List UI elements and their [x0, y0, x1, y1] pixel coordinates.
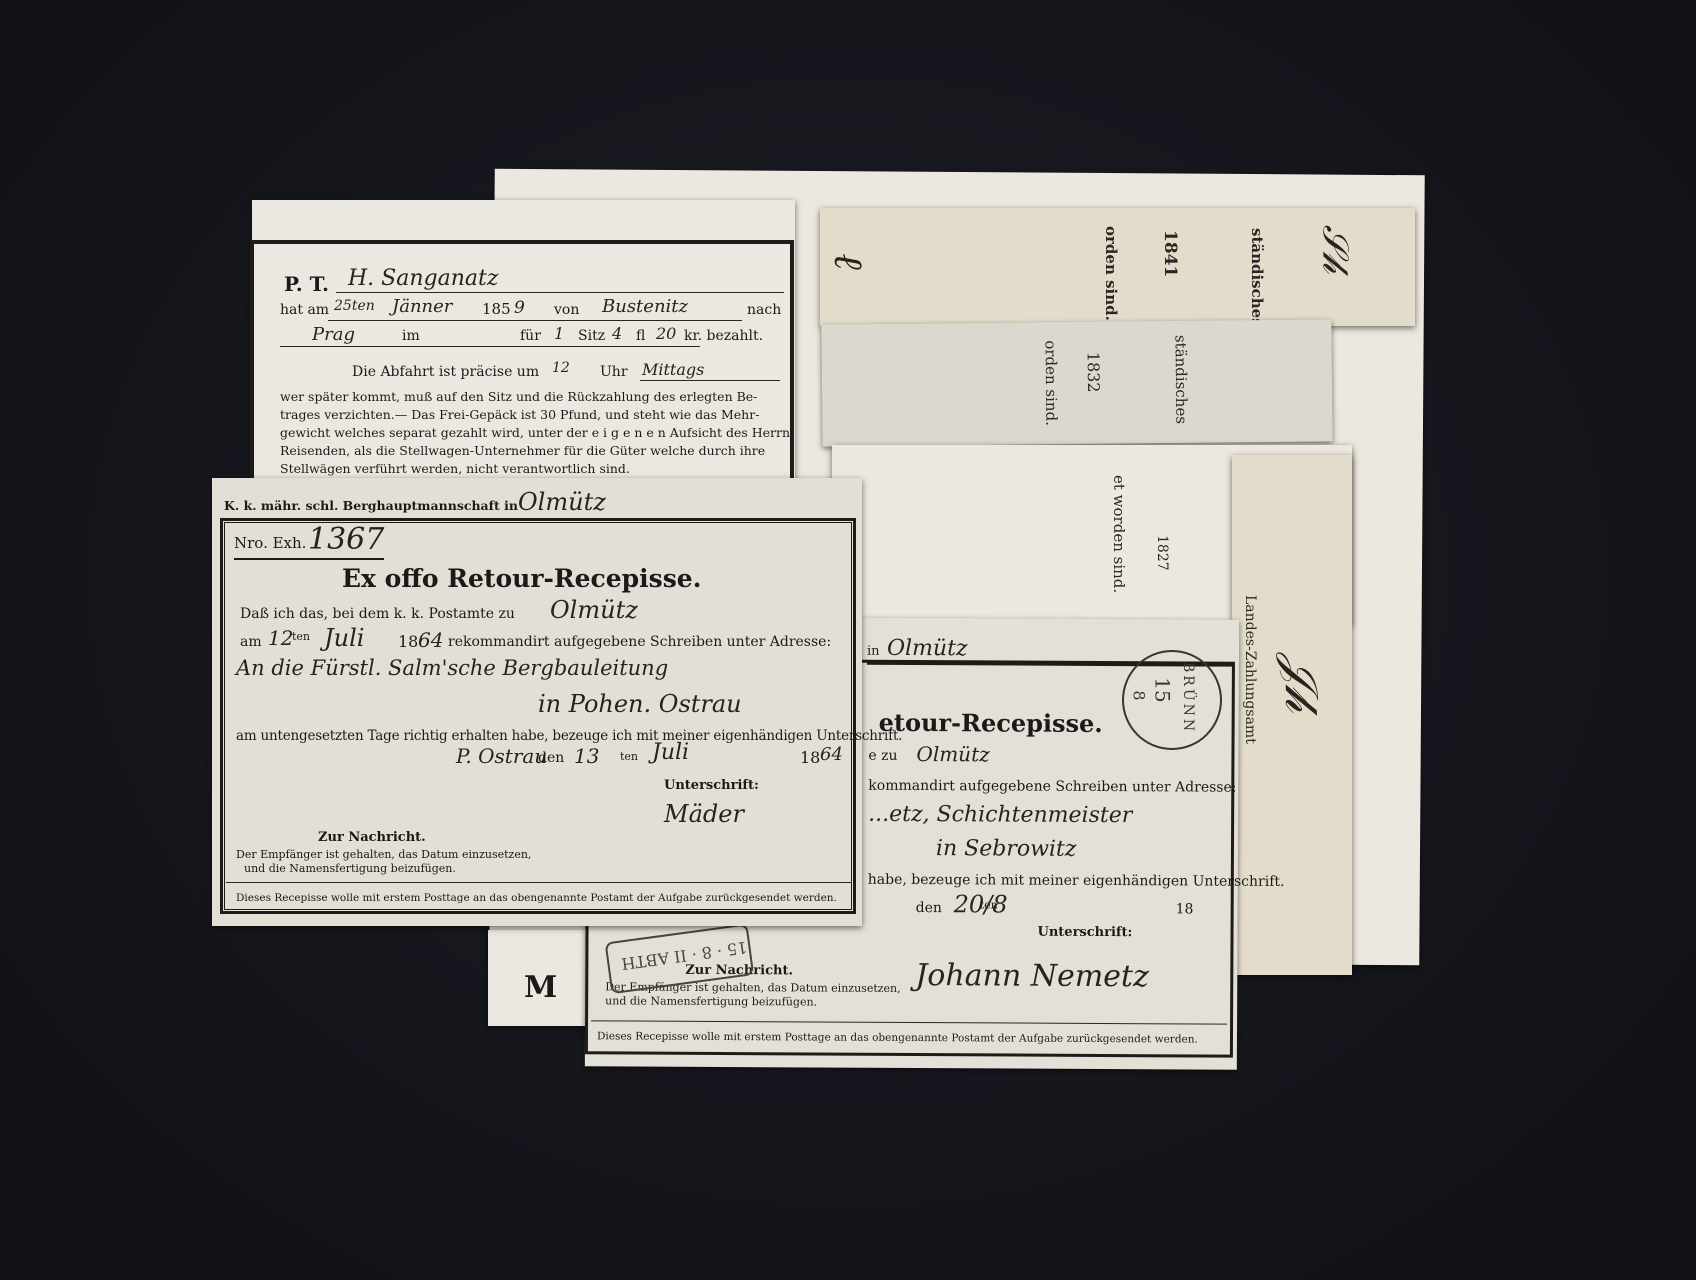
- ticket-salutation: P. T.: [284, 272, 329, 296]
- ticket-to: Prag: [312, 324, 355, 345]
- letter3-year: 1827: [1154, 535, 1170, 571]
- r2-note-line: und die Namensfertigung beizufügen.: [605, 994, 817, 1008]
- r1-authority: K. k. mähr. schl. Berghauptmannschaft in: [224, 498, 518, 513]
- r1-date-year-printed: 18: [800, 748, 820, 767]
- r2-authority-suffix: in: [867, 644, 880, 659]
- r1-note-line: Der Empfänger ist gehalten, das Datum ei…: [236, 848, 531, 861]
- ticket-departure-text: Die Abfahrt ist präcise um: [352, 364, 539, 380]
- retour-recepisse-1: K. k. mähr. schl. Berghauptmannschaft in…: [212, 478, 862, 926]
- r1-number-label: Nro. Exh.: [234, 534, 306, 552]
- ticket-seats: 1: [554, 324, 564, 343]
- name-rule: [336, 292, 784, 293]
- line2-rule: [280, 346, 700, 347]
- r1-address-1: An die Fürstl. Salm'sche Bergbauleitung: [236, 656, 668, 680]
- r2-title: etour-Recepisse.: [879, 708, 1103, 738]
- terms-line: Stellwägen verführt werden, nicht verant…: [280, 460, 790, 478]
- r1-den-label: den: [538, 750, 564, 766]
- r2-line3: habe, bezeuge ich mit meiner eigenhändig…: [868, 872, 1285, 890]
- box-postmark-text: 15 · 8 · II ABTH: [620, 938, 748, 974]
- letter3-side-text2: Landes-Zahlungsamt: [1242, 595, 1258, 744]
- ticket-from: Bustenitz: [602, 296, 688, 317]
- ticket-day: 25ten: [334, 298, 375, 314]
- r1-line2-month: Juli: [324, 624, 364, 652]
- letter3-text: et worden sind.: [1110, 475, 1128, 593]
- right-strip-handwriting: 𝒥𝒽: [1273, 654, 1329, 712]
- r1-note-line: und die Namensfertigung beizufügen.: [244, 862, 456, 875]
- terms-line: Reisenden, als die Stellwagen-Unternehme…: [280, 442, 790, 460]
- r1-footer: Dieses Recepisse wolle mit erstem Postta…: [236, 892, 837, 904]
- ticket-in-label: im: [402, 328, 420, 344]
- terms-line: gewicht welches separat gezahlt wird, un…: [280, 424, 790, 442]
- r1-line2-day-suffix: ten: [292, 630, 310, 643]
- r2-address-1: ...etz, Schichtenmeister: [868, 802, 1132, 828]
- r1-note-heading: Zur Nachricht.: [318, 830, 426, 845]
- folded-letter-1841: orden sind. 1841 ständisches ℓ 𝒮𝒽: [820, 208, 1415, 326]
- fragment-letter: M: [524, 970, 557, 1005]
- letter2-text: orden sind.: [1042, 340, 1061, 426]
- ticket-name: H. Sanganatz: [348, 266, 498, 291]
- ticket-florin: 4: [612, 324, 622, 343]
- r2-line2: kommandirt aufgegebene Schreiben unter A…: [868, 778, 1236, 796]
- ticket-for-label: für: [520, 328, 541, 344]
- r1-date-suffix: ten: [620, 750, 638, 763]
- r1-date-day: 13: [574, 744, 599, 768]
- r1-title: Ex offo Retour-Recepisse.: [342, 564, 701, 593]
- ticket-departure-time: Mittags: [642, 360, 704, 379]
- terms-line: wer später kommt, muß auf den Sitz und d…: [280, 388, 790, 406]
- terms-line: trages verzichten.— Das Frei-Gepäck ist …: [280, 406, 790, 424]
- r1-line1: Daß ich das, bei dem k. k. Postamte zu: [240, 606, 515, 622]
- r1-signature: Mäder: [664, 800, 744, 828]
- stagecoach-ticket: P. T. H. Sanganatz hat am 25ten Jänner 1…: [252, 200, 795, 500]
- r2-address-2: in Sebrowitz: [936, 836, 1077, 862]
- r1-signature-label: Unterschrift:: [664, 778, 759, 793]
- r1-authority-place: Olmütz: [518, 488, 606, 516]
- r1-number: 1367: [308, 522, 384, 557]
- ticket-kreuzer-label: kr. bezahlt.: [684, 328, 763, 344]
- r2-signature-label: Unterschrift:: [1037, 925, 1132, 940]
- ticket-to-label: nach: [747, 302, 781, 318]
- r1-address-2: in Pohen. Ostrau: [538, 690, 742, 718]
- ticket-florin-label: fl: [636, 328, 645, 344]
- ticket-month: Jänner: [392, 296, 452, 317]
- r2-year: 18: [1176, 901, 1194, 917]
- r1-footer-rule: [226, 882, 852, 883]
- r1-number-rule: [234, 558, 384, 560]
- letter1-text: orden sind.: [1102, 226, 1120, 321]
- letter2-side-text: ständisches: [1172, 335, 1191, 424]
- letter1-handwriting: ℓ: [825, 253, 872, 270]
- r1-line2-prefix: am: [240, 634, 262, 650]
- ticket-year-printed: 185: [482, 300, 511, 318]
- r1-line2-day: 12: [268, 626, 293, 650]
- bottom-left-sheet-fragment: M: [488, 930, 588, 1026]
- r1-line2-text: rekommandirt aufgegebene Schreiben unter…: [448, 634, 831, 650]
- postmark-month: 8: [1130, 690, 1149, 700]
- r2-line1: e zu: [868, 748, 897, 764]
- folded-letter-1832: orden sind. 1832 ständisches: [821, 319, 1332, 446]
- letter1-side-text: ständisches: [1248, 228, 1266, 327]
- ticket-seat-label: Sitz: [578, 328, 605, 344]
- ticket-hour-label: Uhr: [600, 364, 628, 380]
- postmark-place: BRÜNN: [1180, 662, 1196, 734]
- ticket-year-hand: 9: [514, 298, 525, 318]
- letter1-handwriting-right: 𝒮𝒽: [1313, 225, 1355, 274]
- r1-date-month: Juli: [652, 740, 689, 765]
- r1-line2-year-hand: 64: [418, 628, 443, 652]
- folded-letter-right-strip: Landes-Zahlungsamt 𝒥𝒽: [1232, 455, 1352, 975]
- ticket-terms: wer später kommt, muß auf den Sitz und d…: [280, 388, 790, 478]
- ticket-line1-prefix: hat am: [280, 302, 329, 318]
- r1-line2-year-printed: 18: [398, 632, 418, 651]
- round-postmark: BRÜNN 15 8: [1122, 650, 1222, 750]
- r1-date-year-hand: 64: [820, 744, 843, 765]
- r2-authority-place: Olmütz: [887, 636, 968, 661]
- r2-date-suffix: ten: [980, 898, 998, 911]
- letter1-year: 1841: [1160, 230, 1180, 277]
- ticket-from-label: von: [554, 302, 579, 318]
- r1-line3: am untengesetzten Tage richtig erhalten …: [236, 728, 902, 744]
- r2-line1-place: Olmütz: [916, 742, 989, 766]
- letter2-year: 1832: [1084, 352, 1103, 393]
- ticket-kreuzer: 20: [656, 324, 676, 343]
- r2-den-label: den: [916, 900, 942, 916]
- departure-rule: [640, 380, 780, 381]
- r1-line1-place: Olmütz: [550, 596, 638, 624]
- postmark-day: 15: [1151, 677, 1175, 702]
- line1-rule: [328, 320, 742, 321]
- ticket-departure-hour: 12: [552, 360, 570, 376]
- r1-place: P. Ostrau: [456, 744, 547, 768]
- r2-signature: Johann Nemetz: [915, 958, 1149, 994]
